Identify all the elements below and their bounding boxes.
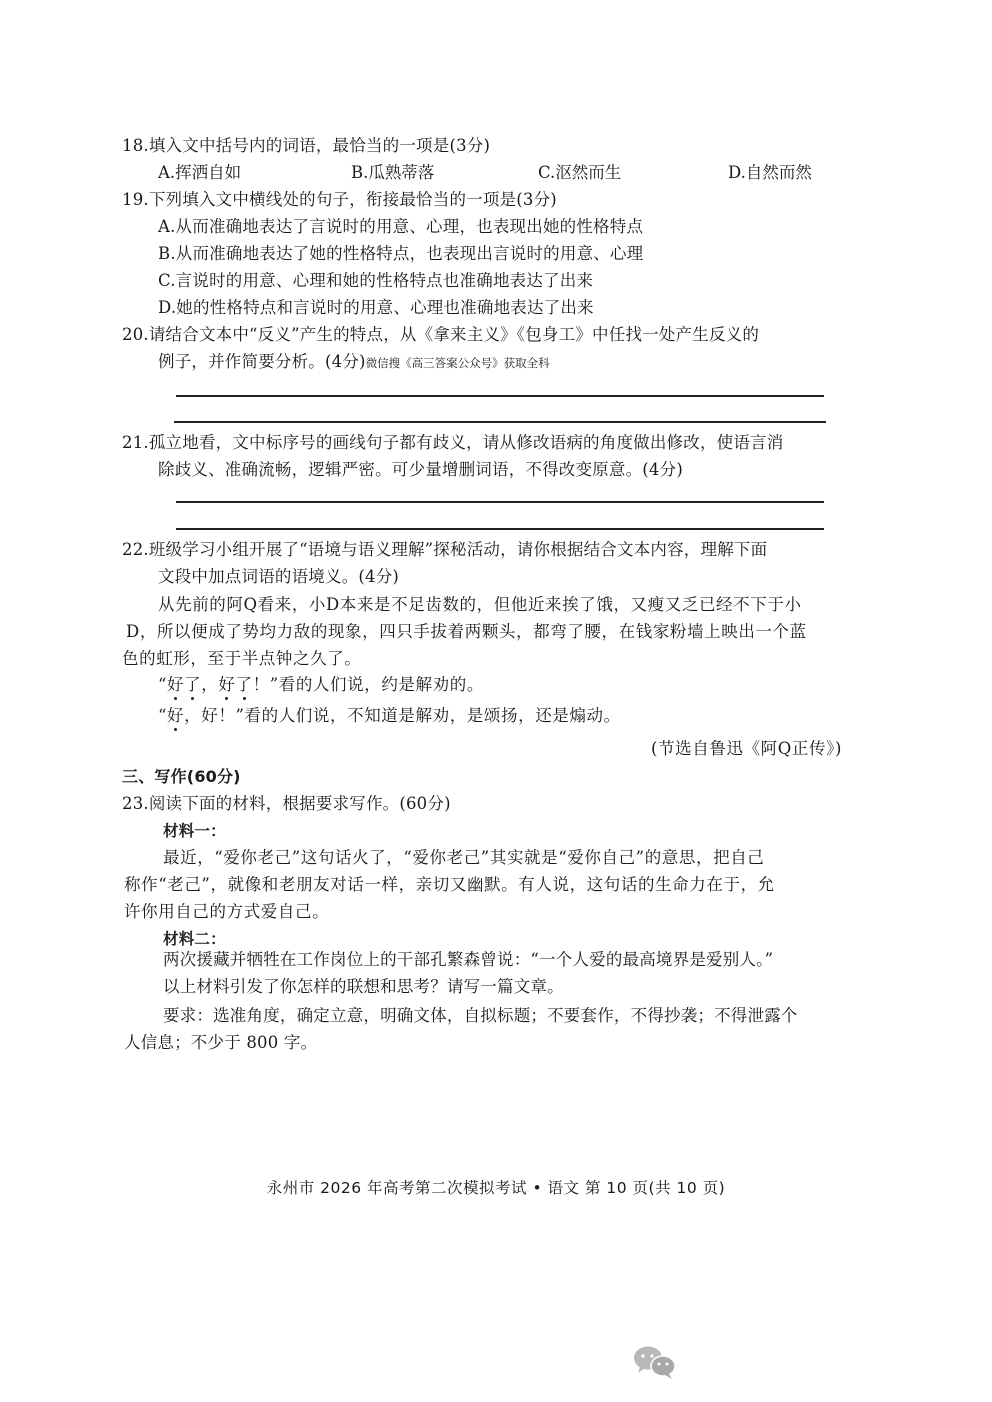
section-heading: 三、写作(60分) [122,764,241,790]
emphasized-word: 好 [167,706,184,725]
requirement-line2: 人信息；不少于 800 字。 [124,1030,317,1056]
page-footer: 永州市 2026 年高考第二次模拟考试 • 语文 第 10 页(共 10 页) [0,1176,992,1198]
emphasized-word: 好 [218,675,235,694]
emphasized-word: 好 [167,675,184,694]
q19-option-a: A.从而准确地表达了言说时的用意、心理，也表现出她的性格特点 [158,214,643,240]
material2-text: 两次援藏并牺牲在工作岗位上的干部孔繁森曾说：“一个人爱的最高境界是爱别人。” [163,947,773,973]
quote-open: “ [158,706,167,725]
quote-rest: ，好！”看的人们说，不知道是解劝，是颂扬，还是煽动。 [184,706,621,725]
q20-answer-line-1[interactable] [176,395,824,397]
material1-line3: 许你用自己的方式爱自己。 [124,899,329,925]
material1-line1: 最近，“爱你老己”这句话火了，“爱你老己”其实就是“爱你自己”的意思，把自己 [163,845,764,871]
material1-label: 材料一： [163,818,226,844]
q20-stem-line2: 例子，并作简要分析。(4分)微信搜《高三答案公众号》获取全科 [158,349,550,376]
quote-sep: ， [201,675,218,694]
q21-stem-line2: 除歧义、准确流畅，逻辑严密。可少量增删词语，不得改变原意。(4分) [158,457,683,483]
q22-source: (节选自鲁迅《阿Q正传》) [651,736,842,762]
quote-open: “ [158,675,167,694]
q19-option-c: C.言说时的用意、心理和她的性格特点也准确地表达了出来 [158,268,593,294]
q22-passage-line2: D，所以便成了势均力敌的现象，四只手拔着两颗头，都弯了腰，在钱家粉墙上映出一个蓝 [126,619,807,645]
q23-stem: 23.阅读下面的材料，根据要求写作。(60分) [122,791,451,817]
writing-prompt: 以上材料引发了你怎样的联想和思考？请写一篇文章。 [163,974,564,1000]
wechat-logo-icon [632,1344,678,1380]
q21-answer-line-2[interactable] [176,528,824,530]
q22-quote2: “好，好！”看的人们说，不知道是解劝，是颂扬，还是煽动。 [158,703,621,729]
q20-stem-text: 例子，并作简要分析。(4分) [158,352,366,371]
q22-stem-line1: 22.班级学习小组开展了“语境与语义理解”探秘活动，请你根据结合文本内容，理解下… [122,537,767,563]
q19-stem: 19.下列填入文中横线处的句子，衔接最恰当的一项是(3分) [122,187,557,213]
q18-option-b: B.瓜熟蒂落 [351,160,434,186]
q22-stem-line2: 文段中加点词语的语境义。(4分) [158,564,399,590]
emphasized-word: 了 [184,675,201,694]
q18-option-c: C.沤然而生 [538,160,621,186]
q20-answer-line-2[interactable] [174,421,826,423]
q22-quote1: “好了，好了！”看的人们说，约是解劝的。 [158,672,484,698]
q20-stem-line1: 20.请结合文本中“反义”产生的特点，从《拿来主义》《包身工》中任找一处产生反义… [122,322,759,348]
q19-option-b: B.从而准确地表达了她的性格特点，也表现出言说时的用意、心理 [158,241,643,267]
q22-passage-line1: 从先前的阿Q看来，小D本来是不足齿数的，但他近来挨了饿，又瘦又乏已经不下于小 [158,592,802,618]
q21-stem-line1: 21.孤立地看，文中标序号的画线句子都有歧义，请从修改语病的角度做出修改，使语言… [122,430,783,456]
watermark-text: 微信搜《高三答案公众号》获取全科 [366,356,550,370]
q19-option-d: D.她的性格特点和言说时的用意、心理也准确地表达了出来 [158,295,594,321]
q18-option-a: A.挥洒自如 [158,160,241,186]
q22-passage-line3: 色的虹形，至于半点钟之久了。 [122,646,361,672]
quote-rest: ！”看的人们说，约是解劝的。 [253,675,484,694]
requirement-line1: 要求：选准角度，确定立意，明确文体，自拟标题；不要套作，不得抄袭；不得泄露个 [163,1003,798,1029]
q18-stem: 18.填入文中括号内的词语，最恰当的一项是(3分) [122,133,490,159]
q18-option-d: D.自然而然 [728,160,812,186]
emphasized-word: 了 [235,675,252,694]
q21-answer-line-1[interactable] [176,501,824,503]
material1-line2: 称作“老己”，就像和老朋友对话一样，亲切又幽默。有人说，这句话的生命力在于，允 [124,872,775,898]
